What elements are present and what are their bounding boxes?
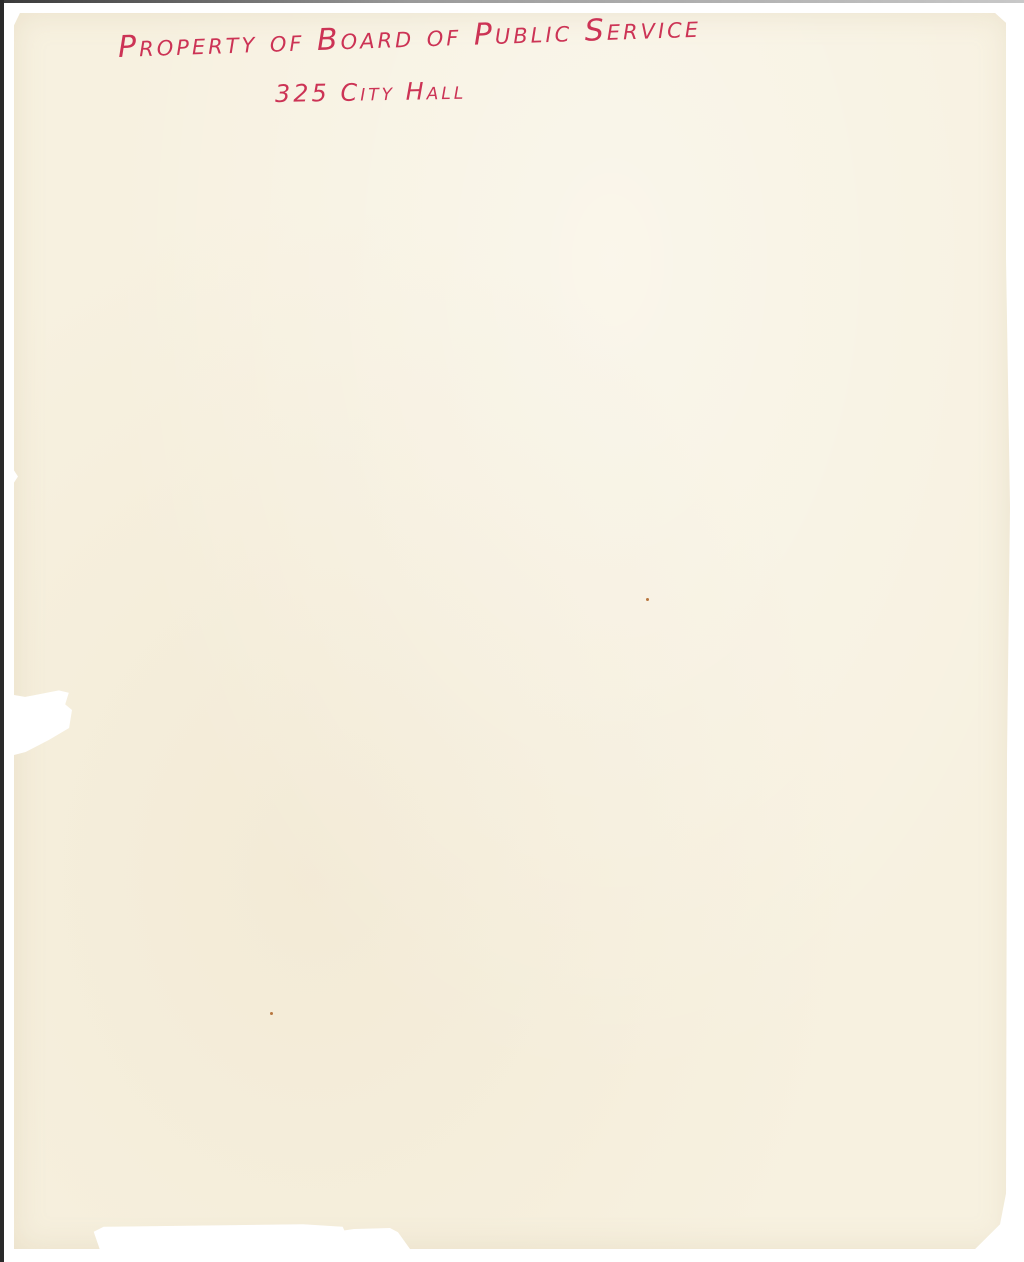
paper-speck bbox=[646, 598, 649, 601]
handwritten-address: 325 City Hall bbox=[275, 77, 467, 108]
scanner-left-edge bbox=[0, 0, 4, 1262]
paper-sheet bbox=[14, 13, 1010, 1249]
paper-speck bbox=[270, 1012, 273, 1015]
scanner-top-edge bbox=[0, 0, 1024, 3]
